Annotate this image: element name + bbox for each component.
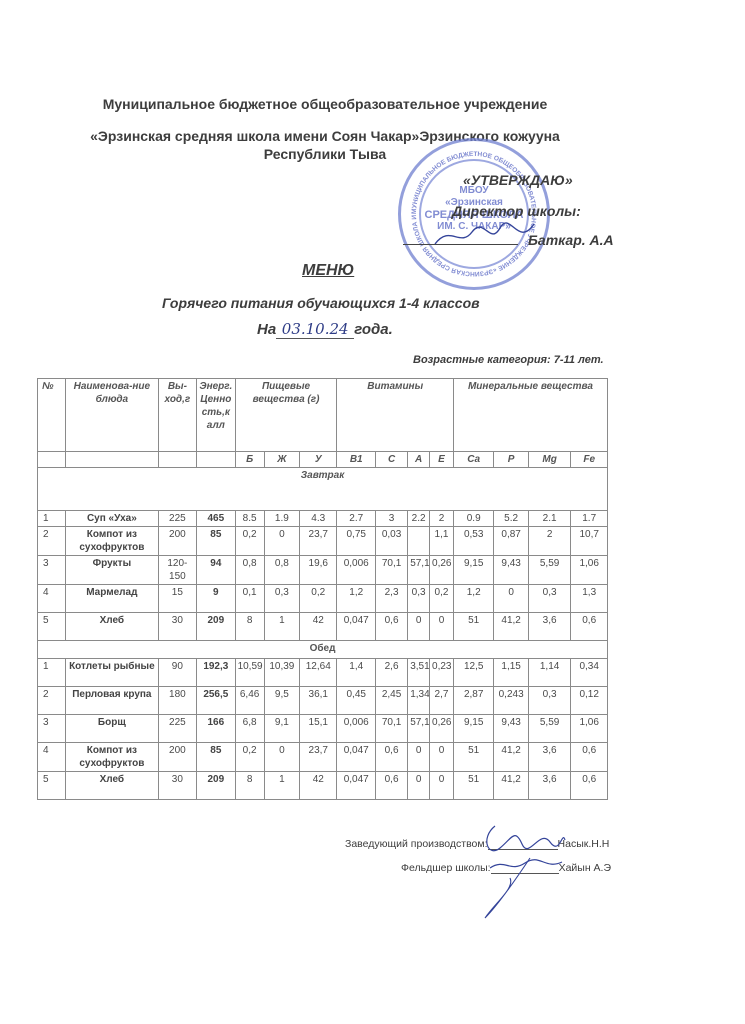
cell-b1: 0,047 <box>337 613 375 641</box>
cell-u: 23,7 <box>300 743 337 772</box>
cell-kcal: 94 <box>197 556 235 585</box>
production-manager-role: Заведующий производством: <box>345 838 488 850</box>
cell-e: 0,2 <box>430 585 454 613</box>
cell-u: 0,2 <box>300 585 337 613</box>
cell-ca: 12,5 <box>453 659 494 687</box>
cell-b: 6,8 <box>235 715 264 743</box>
cell-c: 70,1 <box>375 556 407 585</box>
director-signature <box>430 218 540 254</box>
cell-kcal: 192,3 <box>197 659 235 687</box>
col-yield: Вы-ход,г <box>158 379 196 452</box>
dish-name: Компот из сухофруктов <box>66 743 159 772</box>
col-minerals: Минеральные вещества <box>453 379 607 452</box>
cell-fe: 0,6 <box>571 772 608 800</box>
cell-u: 12,64 <box>300 659 337 687</box>
cell-kcal: 465 <box>197 511 235 527</box>
date-line: На03.10.24года. <box>257 320 393 339</box>
col-energy: Энерг. Ценность,калл <box>197 379 235 452</box>
subheader-row: БЖУВ1САЕCaPMgFe <box>38 452 608 468</box>
dish-name: Компот из сухофруктов <box>66 527 159 556</box>
row-number: 4 <box>38 743 66 772</box>
cell-fe: 0,6 <box>571 613 608 641</box>
cell-mg: 0,3 <box>528 687 571 715</box>
cell-ca: 1,2 <box>453 585 494 613</box>
cell-p: 41,2 <box>494 743 528 772</box>
cell-p: 41,2 <box>494 613 528 641</box>
cell-e: 0,23 <box>430 659 454 687</box>
cell-ca: 51 <box>453 772 494 800</box>
cell-c: 70,1 <box>375 715 407 743</box>
subheader-cell: А <box>408 452 430 468</box>
cell-c: 2,6 <box>375 659 407 687</box>
cell-ca: 9,15 <box>453 556 494 585</box>
cell-a: 0 <box>408 613 430 641</box>
cell-b1: 1,2 <box>337 585 375 613</box>
cell-e: 0 <box>430 743 454 772</box>
cell-c: 0,6 <box>375 613 407 641</box>
table-row: 4Мармелад1590,10,30,21,22,30,30,21,200,3… <box>38 585 608 613</box>
cell-a <box>408 527 430 556</box>
cell-e: 0 <box>430 613 454 641</box>
organization-name: Муниципальное бюджетное общеобразователь… <box>0 96 650 112</box>
cell-b: 0,1 <box>235 585 264 613</box>
cell-fe: 1,3 <box>571 585 608 613</box>
cell-yield: 180 <box>158 687 196 715</box>
cell-b1: 0,006 <box>337 556 375 585</box>
cell-a: 2.2 <box>408 511 430 527</box>
cell-kcal: 166 <box>197 715 235 743</box>
cell-kcal: 85 <box>197 743 235 772</box>
cell-b: 6,46 <box>235 687 264 715</box>
cell-yield: 90 <box>158 659 196 687</box>
cell-c: 3 <box>375 511 407 527</box>
section-title: Обед <box>38 641 608 659</box>
cell-ca: 0,53 <box>453 527 494 556</box>
row-number: 3 <box>38 556 66 585</box>
date-prefix: На <box>257 321 276 338</box>
director-position: Директор школы: <box>452 203 581 219</box>
dish-name: Перловая крупа <box>66 687 159 715</box>
col-number: № <box>38 379 66 452</box>
cell-b1: 0,45 <box>337 687 375 715</box>
cell-zh: 0 <box>264 527 299 556</box>
cell-mg: 5,59 <box>528 556 571 585</box>
cell-ca: 0.9 <box>453 511 494 527</box>
cell-yield: 200 <box>158 527 196 556</box>
dish-name: Борщ <box>66 715 159 743</box>
cell-zh: 1 <box>264 772 299 800</box>
document-title: МЕНЮ <box>302 262 354 280</box>
cell-e: 2 <box>430 511 454 527</box>
cell-mg: 2 <box>528 527 571 556</box>
handwritten-date: 03.10.24 <box>276 320 354 339</box>
cell-zh: 0 <box>264 743 299 772</box>
cell-ca: 2,87 <box>453 687 494 715</box>
cell-mg: 5,59 <box>528 715 571 743</box>
republic-name: Республики Тыва <box>0 146 650 162</box>
dish-name: Суп «Уха» <box>66 511 159 527</box>
row-number: 2 <box>38 527 66 556</box>
cell-u: 4.3 <box>300 511 337 527</box>
cell-mg: 2.1 <box>528 511 571 527</box>
cell-a: 57,19 <box>408 556 430 585</box>
cell-c: 0,03 <box>375 527 407 556</box>
cell-p: 9,43 <box>494 556 528 585</box>
cell-mg: 1,14 <box>528 659 571 687</box>
cell-mg: 0,3 <box>528 585 571 613</box>
cell-zh: 9,5 <box>264 687 299 715</box>
section-row: Завтрак <box>38 468 608 511</box>
cell-a: 3,51 <box>408 659 430 687</box>
row-number: 2 <box>38 687 66 715</box>
table-row: 4Компот из сухофруктов200850,2023,70,047… <box>38 743 608 772</box>
director-name: Баткар. А.А <box>528 232 614 248</box>
subheader-cell: В1 <box>337 452 375 468</box>
cell-b: 8 <box>235 613 264 641</box>
cell-b: 8 <box>235 772 264 800</box>
subheader-cell: Ж <box>264 452 299 468</box>
cell-p: 0 <box>494 585 528 613</box>
cell-c: 2,3 <box>375 585 407 613</box>
subheader-cell: Mg <box>528 452 571 468</box>
cell-b: 10,59 <box>235 659 264 687</box>
approval-label: «УТВЕРЖДАЮ» <box>463 172 573 188</box>
cell-e: 0 <box>430 772 454 800</box>
cell-a: 0,3 <box>408 585 430 613</box>
subheader-cell: Е <box>430 452 454 468</box>
cell-u: 42 <box>300 613 337 641</box>
cell-fe: 10,7 <box>571 527 608 556</box>
cell-yield: 225 <box>158 511 196 527</box>
age-category: Возрастные категория: 7-11 лет. <box>413 354 604 366</box>
cell-fe: 1,06 <box>571 715 608 743</box>
cell-u: 19,6 <box>300 556 337 585</box>
table-row: 1Котлеты рыбные90192,310,5910,3912,641,4… <box>38 659 608 687</box>
cell-p: 41,2 <box>494 772 528 800</box>
menu-table: № Наименова-ние блюда Вы-ход,г Энерг. Це… <box>37 378 608 800</box>
date-suffix: года. <box>354 321 393 338</box>
cell-p: 0,87 <box>494 527 528 556</box>
table-row: 5Хлеб3020981420,0470,6005141,23,60,6 <box>38 772 608 800</box>
cell-kcal: 209 <box>197 772 235 800</box>
cell-c: 0,6 <box>375 772 407 800</box>
cell-u: 42 <box>300 772 337 800</box>
cell-e: 1,1 <box>430 527 454 556</box>
cell-zh: 0,8 <box>264 556 299 585</box>
section-row: Обед <box>38 641 608 659</box>
cell-b: 8.5 <box>235 511 264 527</box>
col-nutrients: Пищевые вещества (г) <box>235 379 337 452</box>
cell-c: 2,45 <box>375 687 407 715</box>
dish-name: Мармелад <box>66 585 159 613</box>
cell-u: 23,7 <box>300 527 337 556</box>
dish-name: Хлеб <box>66 772 159 800</box>
cell-ca: 9,15 <box>453 715 494 743</box>
cell-zh: 10,39 <box>264 659 299 687</box>
section-title: Завтрак <box>38 468 608 511</box>
dish-name: Хлеб <box>66 613 159 641</box>
cell-zh: 0,3 <box>264 585 299 613</box>
cell-zh: 1 <box>264 613 299 641</box>
cell-p: 5.2 <box>494 511 528 527</box>
cell-yield: 200 <box>158 743 196 772</box>
table-row: 3Фрукты120-150940,80,819,60,00670,157,19… <box>38 556 608 585</box>
cell-b: 0,2 <box>235 743 264 772</box>
row-number: 1 <box>38 511 66 527</box>
subheader-cell: Б <box>235 452 264 468</box>
cell-mg: 3,6 <box>528 613 571 641</box>
cell-p: 1,15 <box>494 659 528 687</box>
cell-a: 0 <box>408 743 430 772</box>
cell-b: 0,8 <box>235 556 264 585</box>
cell-fe: 0,34 <box>571 659 608 687</box>
table-row: 1Суп «Уха»2254658.51.94.32.732.220.95.22… <box>38 511 608 527</box>
subheader-cell: Ca <box>453 452 494 468</box>
table-row: 2Перловая крупа180256,56,469,536,10,452,… <box>38 687 608 715</box>
cell-u: 36,1 <box>300 687 337 715</box>
document-subtitle: Горячего питания обучающихся 1-4 классов <box>162 295 480 311</box>
table-row: 3Борщ2251666,89,115,10,00670,157,190,269… <box>38 715 608 743</box>
subheader-cell: У <box>300 452 337 468</box>
cell-u: 15,1 <box>300 715 337 743</box>
cell-b1: 0,047 <box>337 743 375 772</box>
cell-yield: 225 <box>158 715 196 743</box>
cell-b1: 0,75 <box>337 527 375 556</box>
cell-kcal: 9 <box>197 585 235 613</box>
cell-p: 9,43 <box>494 715 528 743</box>
col-vitamins: Витамины <box>337 379 453 452</box>
subheader-cell: С <box>375 452 407 468</box>
cell-fe: 0,6 <box>571 743 608 772</box>
table-row: 5Хлеб3020981420,0470,6005141,23,60,6 <box>38 613 608 641</box>
cell-b1: 1,4 <box>337 659 375 687</box>
row-number: 5 <box>38 772 66 800</box>
cell-yield: 15 <box>158 585 196 613</box>
cell-kcal: 209 <box>197 613 235 641</box>
dish-name: Фрукты <box>66 556 159 585</box>
row-number: 4 <box>38 585 66 613</box>
cell-mg: 3,6 <box>528 772 571 800</box>
subheader-cell: Fe <box>571 452 608 468</box>
cell-yield: 120-150 <box>158 556 196 585</box>
table-row: 2Компот из сухофруктов200850,2023,70,750… <box>38 527 608 556</box>
cell-a: 57,19 <box>408 715 430 743</box>
cell-kcal: 85 <box>197 527 235 556</box>
cell-fe: 0,12 <box>571 687 608 715</box>
cell-yield: 30 <box>158 613 196 641</box>
cell-ca: 51 <box>453 613 494 641</box>
cell-a: 1,34 <box>408 687 430 715</box>
cell-ca: 51 <box>453 743 494 772</box>
cell-zh: 1.9 <box>264 511 299 527</box>
cell-mg: 3,6 <box>528 743 571 772</box>
cell-e: 0,26 <box>430 556 454 585</box>
cell-fe: 1.7 <box>571 511 608 527</box>
handwritten-signatures <box>470 818 580 928</box>
cell-a: 0 <box>408 772 430 800</box>
school-name: «Эрзинская средняя школа имени Соян Чака… <box>0 128 650 144</box>
row-number: 3 <box>38 715 66 743</box>
cell-p: 0,243 <box>494 687 528 715</box>
cell-b: 0,2 <box>235 527 264 556</box>
col-dish-name: Наименова-ние блюда <box>66 379 159 452</box>
dish-name: Котлеты рыбные <box>66 659 159 687</box>
cell-b1: 2.7 <box>337 511 375 527</box>
cell-yield: 30 <box>158 772 196 800</box>
cell-e: 0,26 <box>430 715 454 743</box>
row-number: 1 <box>38 659 66 687</box>
row-number: 5 <box>38 613 66 641</box>
cell-fe: 1,06 <box>571 556 608 585</box>
cell-b1: 0,047 <box>337 772 375 800</box>
cell-zh: 9,1 <box>264 715 299 743</box>
cell-b1: 0,006 <box>337 715 375 743</box>
cell-e: 2,7 <box>430 687 454 715</box>
cell-c: 0,6 <box>375 743 407 772</box>
subheader-cell: P <box>494 452 528 468</box>
cell-kcal: 256,5 <box>197 687 235 715</box>
